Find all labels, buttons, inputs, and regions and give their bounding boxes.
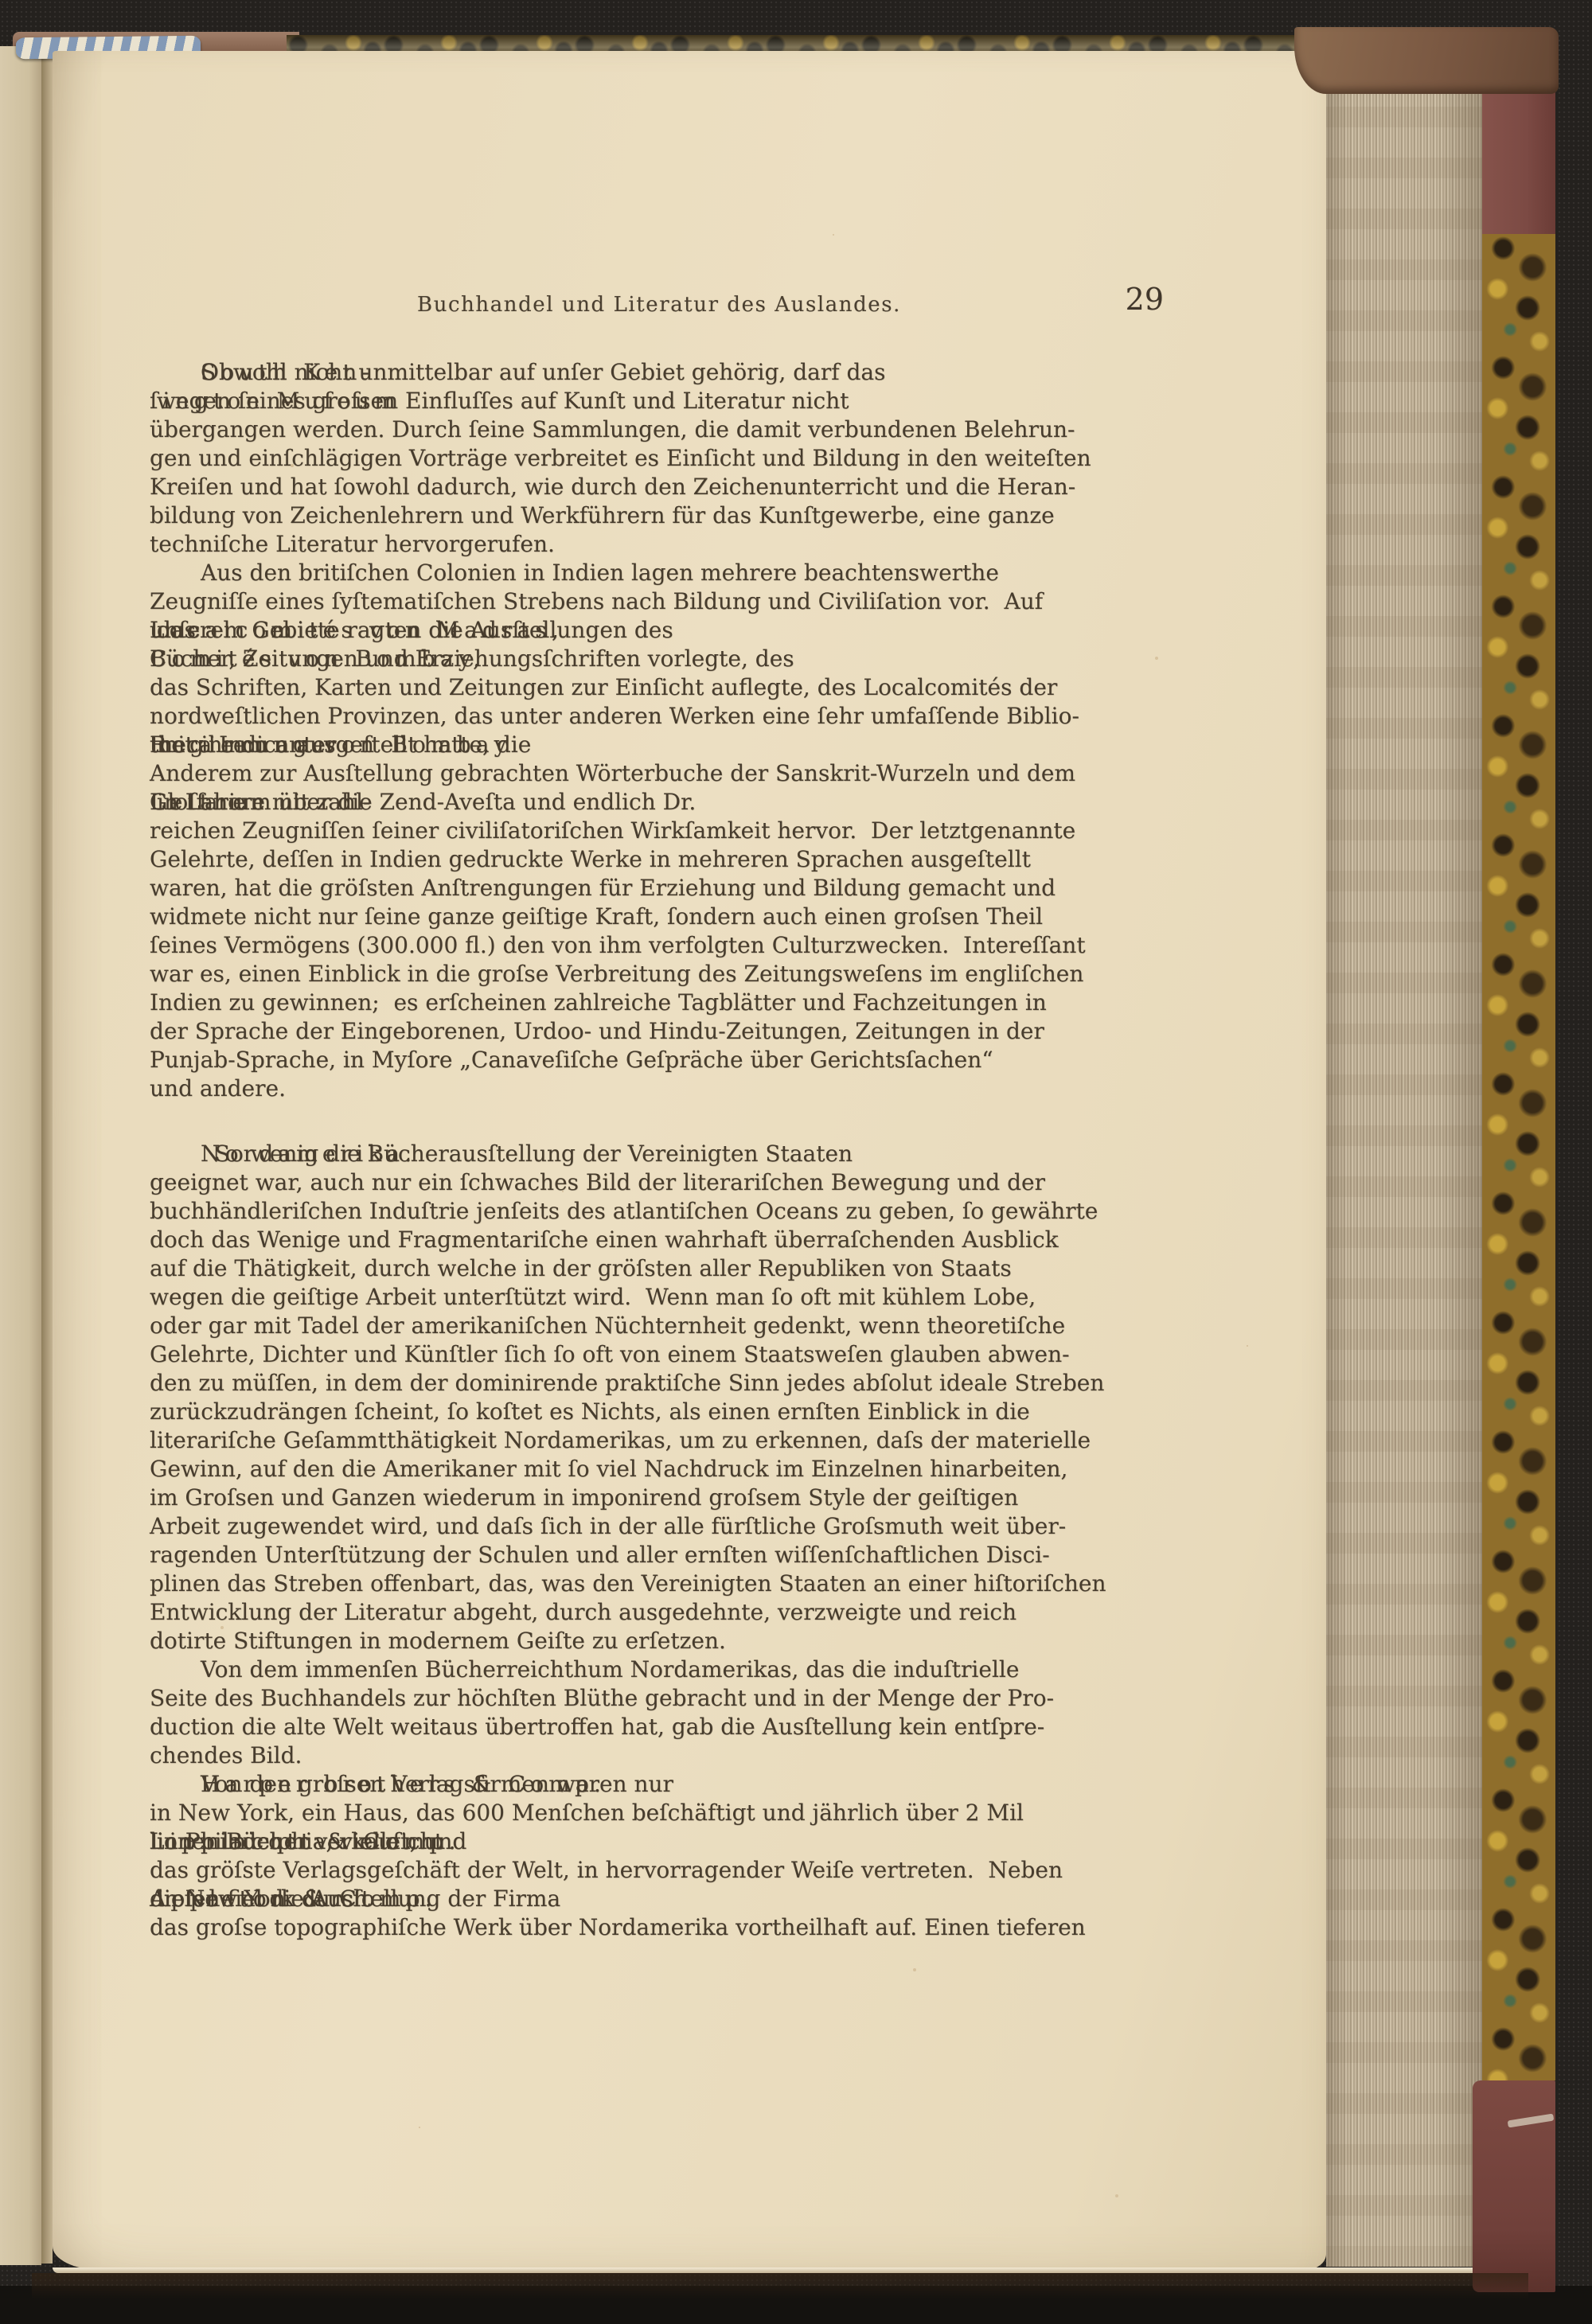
text-line: der Sprache der Eingeborenen, Urdoo- und… bbox=[150, 1017, 1173, 1046]
text-segment: in New York durch bbox=[150, 1885, 368, 1913]
text-line: Punjab-Sprache, in Myſore „Canaveſiſche … bbox=[150, 1046, 1173, 1074]
text-line: Nordamerika. So wenig die Bücherausſtell… bbox=[150, 1140, 1173, 1168]
page-stack-fore-edge bbox=[1326, 60, 1482, 2267]
text-line: Von dem immenſen Bücherreichthum Nordame… bbox=[150, 1655, 1173, 1684]
text-line: Gewinn, auf den die Amerikaner mit ſo vi… bbox=[150, 1455, 1173, 1484]
text-segment: So wenig die Bücherausſtellung der Verei… bbox=[201, 1140, 853, 1168]
text-line: in New York, ein Haus, das 600 Menſchen … bbox=[150, 1799, 1173, 1827]
text-segment: wegen ſeines groſsen Einfluſſes auf Kunſ… bbox=[150, 387, 849, 415]
text-segment: Von dem immenſen Bücherreichthum Nordame… bbox=[201, 1655, 1019, 1684]
text-line: lionen Bücher verkauft, und Lippincott &… bbox=[150, 1827, 1173, 1856]
text-segment: Zeugniſſe eines ſyſtematiſchen Strebens … bbox=[150, 587, 1043, 616]
text-segment: Gelehrte, deſſen in Indien gedruckte Wer… bbox=[150, 845, 1031, 874]
text-line: theca Indica ausgeſtellt hatte, die Regi… bbox=[150, 731, 1173, 759]
text-segment: in New York, ein Haus, das 600 Menſchen … bbox=[150, 1799, 1024, 1827]
text-segment: den zu müſſen, in dem der dominirende pr… bbox=[150, 1369, 1104, 1398]
text-segment: übergangen werden. Durch ſeine Sammlunge… bbox=[150, 415, 1075, 444]
text-segment: Kreiſen und hat ſowohl dadurch, wie durc… bbox=[150, 473, 1075, 501]
text-segment: das gröſste Verlagsgeſchäft der Welt, in… bbox=[150, 1856, 1063, 1885]
text-line: bildung von Zeichenlehrern und Werkführe… bbox=[150, 501, 1173, 530]
text-line: widmete nicht nur ſeine ganze geiſtige K… bbox=[150, 903, 1173, 931]
text-line: dotirte Stiftungen in modernem Geiſte zu… bbox=[150, 1627, 1173, 1655]
text-line: das gröſste Verlagsgeſchäft der Welt, in… bbox=[150, 1856, 1173, 1885]
text-line: Gloſſarium über die Zend-Aveſta und endl… bbox=[150, 788, 1173, 817]
text-segment: ragenden Unterſtützung der Schulen und a… bbox=[150, 1541, 1050, 1569]
text-line: Bücher, Zeitungen und Erziehungsſchrifte… bbox=[150, 645, 1173, 673]
text-line: nordweſtlichen Provinzen, das unter ande… bbox=[150, 702, 1173, 731]
text-line: Gelehrte, Dichter und Künſtler ſich ſo o… bbox=[150, 1340, 1173, 1369]
text-line: waren, hat die gröſsten Anſtrengungen fü… bbox=[150, 874, 1173, 903]
letterspaced-text: Localcomités von Madras, bbox=[150, 616, 564, 645]
text-segment: Indien zu gewinnen; es erſcheinen zahlre… bbox=[150, 988, 1047, 1017]
text-segment: Aus den britiſchen Colonien in Indien la… bbox=[201, 559, 999, 587]
text-segment: das bbox=[150, 616, 196, 645]
text-segment: chendes Bild. bbox=[150, 1741, 302, 1770]
text-segment: nordweſtlichen Provinzen, das unter ande… bbox=[150, 702, 1079, 731]
letterspaced-text: South Ken- bbox=[201, 358, 374, 387]
text-line: literariſche Geſammtthätigkeit Nordameri… bbox=[150, 1426, 1173, 1455]
text-line: Anderem zur Ausſtellung gebrachten Wörte… bbox=[150, 759, 1173, 788]
text-line: chendes Bild. bbox=[150, 1741, 1173, 1770]
text-line: Obwohl nicht unmittelbar auf unſer Gebie… bbox=[150, 358, 1173, 387]
text-segment: duction die alte Welt weitaus übertroffe… bbox=[150, 1713, 1044, 1741]
text-line: den zu müſſen, in dem der dominirende pr… bbox=[150, 1369, 1173, 1398]
text-segment: zurückzudrängen ſcheint, ſo koſtet es Ni… bbox=[150, 1398, 1030, 1426]
leather-corner-top-right bbox=[1294, 27, 1559, 94]
paragraph: Aus den britiſchen Colonien in Indien la… bbox=[150, 559, 1173, 1103]
text-segment: Entwicklung der Literatur abgeht, durch … bbox=[150, 1598, 1016, 1627]
text-line: das groſse topographiſche Werk über Nord… bbox=[150, 1913, 1173, 1942]
letterspaced-text: Comités von Bombay, bbox=[150, 645, 485, 673]
text-line: das Schriften, Karten und Zeitungen zur … bbox=[150, 673, 1173, 702]
text-segment: war es, einen Einblick in die groſse Ver… bbox=[150, 960, 1083, 988]
text-segment: das groſse topographiſche Werk über Nord… bbox=[150, 1913, 1086, 1942]
text-line: ſington Muſeum wegen ſeines groſsen Einf… bbox=[150, 387, 1173, 415]
gutter-shadow bbox=[41, 48, 53, 2264]
text-line: reichen Zeugniſſen ſeiner civiliſatoriſc… bbox=[150, 817, 1173, 845]
paper-specks bbox=[53, 51, 54, 53]
text-segment: im Groſsen und Ganzen wiederum in imponi… bbox=[150, 1484, 1018, 1512]
under-page-shadow bbox=[32, 2273, 1528, 2300]
text-segment: und andere. bbox=[150, 1074, 286, 1103]
text-segment: Seite des Buchhandels zur höchſten Blüth… bbox=[150, 1684, 1054, 1713]
text-segment: Arbeit zugewendet wird, und daſs ſich in… bbox=[150, 1512, 1066, 1541]
text-line: im Groſsen und Ganzen wiederum in imponi… bbox=[150, 1484, 1173, 1512]
text-line: Von den groſsen Verlagsfirmen waren nur … bbox=[150, 1770, 1173, 1799]
text-line: unſerem Gebiete ragten die Ausſtellungen… bbox=[150, 616, 1173, 645]
text-line: war es, einen Einblick in die groſse Ver… bbox=[150, 960, 1173, 988]
text-line: Indien zu gewinnen; es erſcheinen zahlre… bbox=[150, 988, 1173, 1017]
maroon-leather-edge-top bbox=[1482, 80, 1555, 234]
text-line: auf die Thätigkeit, durch welche in der … bbox=[150, 1254, 1173, 1283]
paragraph: Von den groſsen Verlagsfirmen waren nur … bbox=[150, 1770, 1173, 1942]
text-segment: literariſche Geſammtthätigkeit Nordameri… bbox=[150, 1426, 1091, 1455]
text-segment: der Sprache der Eingeborenen, Urdoo- und… bbox=[150, 1017, 1044, 1046]
text-segment: reichen Zeugniſſen ſeiner civiliſatoriſc… bbox=[150, 817, 1075, 845]
text-segment: buchhändleriſchen Induſtrie jenſeits des… bbox=[150, 1197, 1098, 1226]
book-photo: Buchhandel und Literatur des Auslandes. … bbox=[0, 0, 1592, 2324]
text-segment: Anderem zur Ausſtellung gebrachten Wörte… bbox=[150, 759, 1075, 788]
text-segment: mit ihrem unter bbox=[150, 731, 336, 759]
letterspaced-text: Harper brothers & Comp. bbox=[201, 1770, 606, 1799]
text-line: Kreiſen und hat ſowohl dadurch, wie durc… bbox=[150, 473, 1173, 501]
underlying-page-edge bbox=[0, 46, 41, 2265]
text-segment: waren, hat die gröſsten Anſtrengungen fü… bbox=[150, 874, 1055, 903]
text-line: Entwicklung der Literatur abgeht, durch … bbox=[150, 1598, 1173, 1627]
text-segment: das Schriften, Karten und Zeitungen zur … bbox=[150, 673, 1057, 702]
text-segment: auf die Thätigkeit, durch welche in der … bbox=[150, 1254, 1012, 1283]
book-page: Buchhandel und Literatur des Auslandes. … bbox=[53, 51, 1326, 2270]
text-segment: in Philadelphia, vielleicht bbox=[150, 1827, 443, 1856]
text-line: und andere. bbox=[150, 1074, 1173, 1103]
text-segment: oder gar mit Tadel der amerikaniſchen Nü… bbox=[150, 1312, 1065, 1340]
text-line: plinen das Streben offenbart, das, was d… bbox=[150, 1569, 1173, 1598]
text-line: oder gar mit Tadel der amerikaniſchen Nü… bbox=[150, 1312, 1173, 1340]
text-segment: wegen die geiſtige Arbeit unterſtützt wi… bbox=[150, 1283, 1036, 1312]
text-segment: plinen das Streben offenbart, das, was d… bbox=[150, 1569, 1106, 1598]
text-line: techniſche Literatur hervorgerufen. bbox=[150, 530, 1173, 559]
paragraph: Obwohl nicht unmittelbar auf unſer Gebie… bbox=[150, 358, 1173, 559]
running-header: Buchhandel und Literatur des Auslandes. bbox=[150, 291, 1169, 318]
page-bottom-edge bbox=[53, 2267, 1482, 2273]
text-segment: geeignet war, auch nur ein ſchwaches Bil… bbox=[150, 1168, 1045, 1197]
text-line: Gelehrte, deſſen in Indien gedruckte Wer… bbox=[150, 845, 1173, 874]
text-line: ragenden Unterſtützung der Schulen und a… bbox=[150, 1541, 1173, 1569]
paragraph: Nordamerika. So wenig die Bücherausſtell… bbox=[150, 1140, 1173, 1655]
text-line: wegen die geiſtige Arbeit unterſtützt wi… bbox=[150, 1283, 1173, 1312]
text-segment: dotirte Stiftungen in modernem Geiſte zu… bbox=[150, 1627, 726, 1655]
text-line: zurückzudrängen ſcheint, ſo koſtet es Ni… bbox=[150, 1398, 1173, 1426]
paragraph: Von dem immenſen Bücherreichthum Nordame… bbox=[150, 1655, 1173, 1770]
text-line: Seite des Buchhandels zur höchſten Blüth… bbox=[150, 1684, 1173, 1713]
text-line: gen und einſchlägigen Vorträge verbreite… bbox=[150, 444, 1173, 473]
text-line: ſeines Vermögens (300.000 fl.) den von i… bbox=[150, 931, 1173, 960]
page-number: 29 bbox=[1126, 282, 1164, 317]
text-segment: Punjab-Sprache, in Myſore „Canaveſiſche … bbox=[150, 1046, 993, 1074]
text-line: duction die alte Welt weitaus übertroffe… bbox=[150, 1713, 1173, 1741]
text-line: Zeugniſſe eines ſyſtematiſchen Strebens … bbox=[150, 587, 1173, 616]
text-segment: techniſche Literatur hervorgerufen. bbox=[150, 530, 555, 559]
text-line: Arbeit zugewendet wird, und daſs ſich in… bbox=[150, 1512, 1173, 1541]
text-line: buchhändleriſchen Induſtrie jenſeits des… bbox=[150, 1197, 1173, 1226]
maroon-leather-corner-bottom bbox=[1473, 2080, 1555, 2292]
text-segment: ſeines Vermögens (300.000 fl.) den von i… bbox=[150, 931, 1086, 960]
marbled-cover-edge bbox=[1482, 234, 1555, 2080]
page-text: Obwohl nicht unmittelbar auf unſer Gebie… bbox=[150, 358, 1173, 2030]
text-segment: Gelehrte, Dichter und Künſtler ſich ſo o… bbox=[150, 1340, 1070, 1369]
text-line: Aus den britiſchen Colonien in Indien la… bbox=[150, 559, 1173, 587]
text-segment: widmete nicht nur ſeine ganze geiſtige K… bbox=[150, 903, 1043, 931]
text-segment: gen und einſchlägigen Vorträge verbreite… bbox=[150, 444, 1091, 473]
text-line: übergangen werden. Durch ſeine Sammlunge… bbox=[150, 415, 1173, 444]
text-segment: doch das Wenige und Fragmentariſche eine… bbox=[150, 1226, 1059, 1254]
text-segment: bildung von Zeichenlehrern und Werkführe… bbox=[150, 501, 1055, 530]
text-line: dieſen fiel die Ausſtellung der Firma Ap… bbox=[150, 1885, 1173, 1913]
text-segment: in Lahore mit zahl- bbox=[150, 788, 370, 817]
text-line: geeignet war, auch nur ein ſchwaches Bil… bbox=[150, 1168, 1173, 1197]
text-line: doch das Wenige und Fragmentariſche eine… bbox=[150, 1226, 1173, 1254]
text-segment: Gewinn, auf den die Amerikaner mit ſo vi… bbox=[150, 1455, 1067, 1484]
